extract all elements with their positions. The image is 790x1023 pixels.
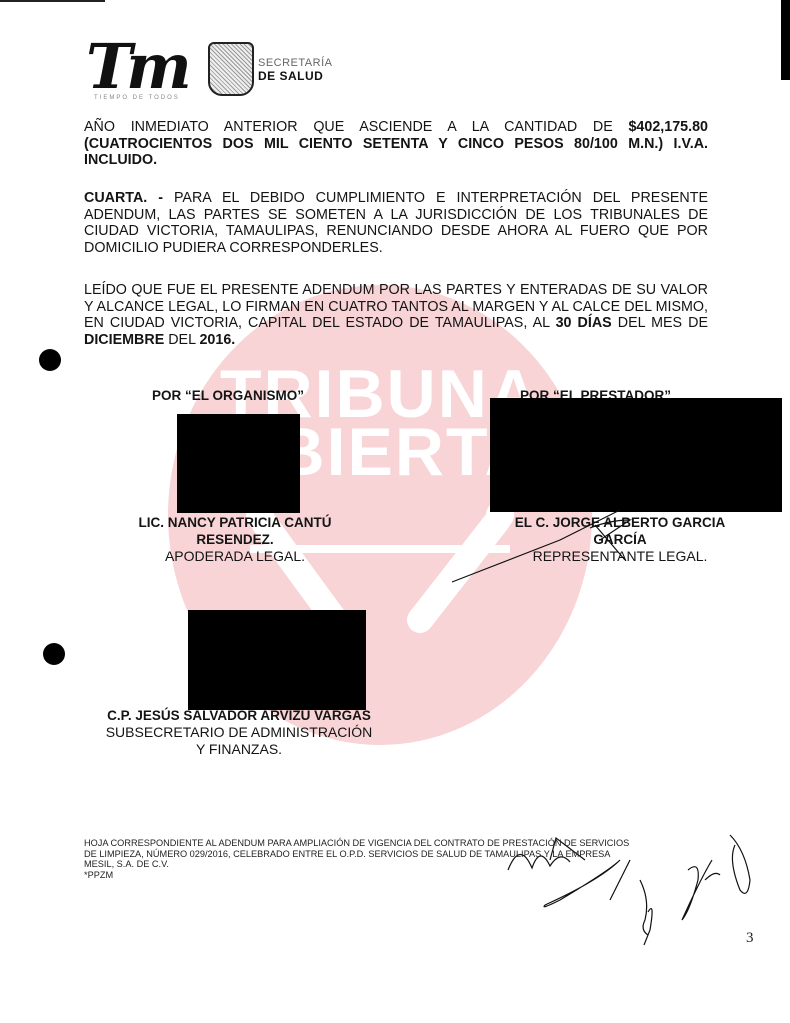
footer-line: HOJA CORRESPONDIENTE AL ADENDUM PARA AMP… bbox=[84, 838, 724, 849]
footer-line: MESIL, S.A. DE C.V. bbox=[84, 859, 724, 870]
page-number: 3 bbox=[746, 930, 754, 947]
document-footer: HOJA CORRESPONDIENTE AL ADENDUM PARA AMP… bbox=[84, 838, 724, 880]
footer-initials: *PPZM bbox=[84, 870, 724, 881]
footer-line: DE LIMPIEZA, NÚMERO 029/2016, CELEBRADO … bbox=[84, 849, 724, 860]
